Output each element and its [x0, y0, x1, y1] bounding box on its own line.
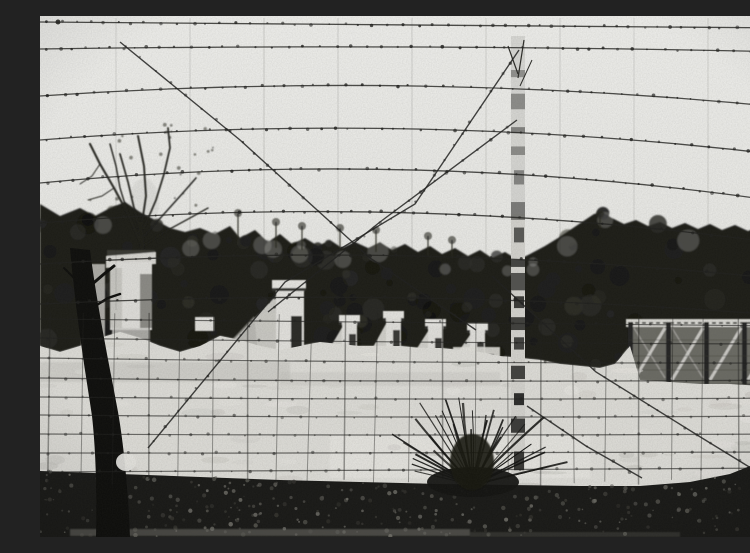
- vignette: [40, 16, 750, 537]
- historical-photograph: [40, 16, 750, 537]
- photo-canvas: [40, 16, 750, 537]
